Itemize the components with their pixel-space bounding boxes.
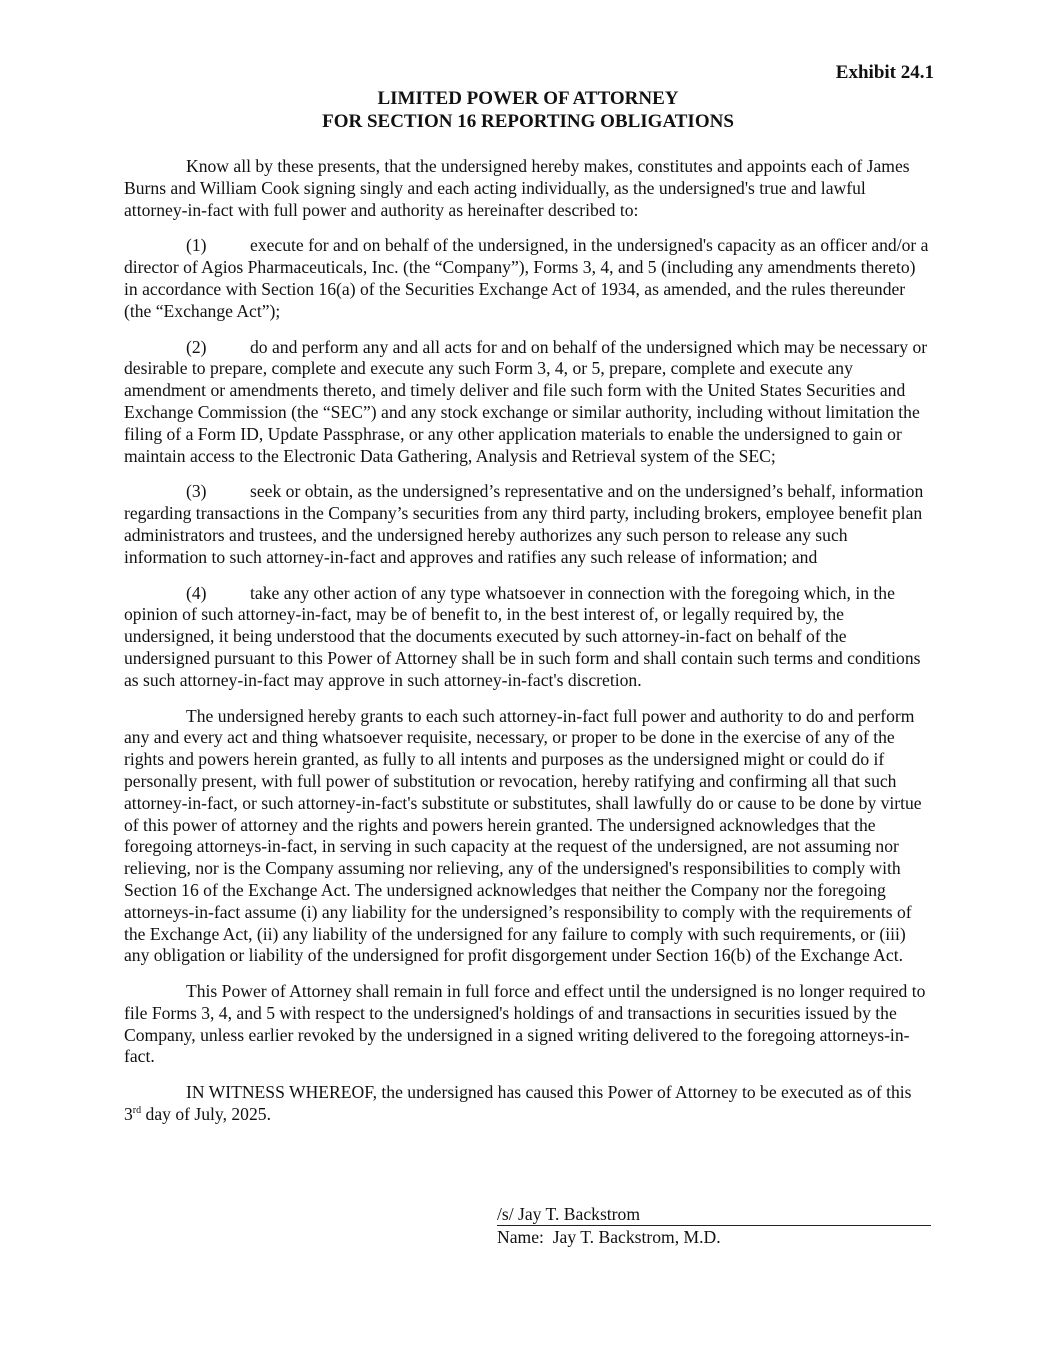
- list-item-3: (3)seek or obtain, as the undersigned’s …: [124, 481, 932, 568]
- list-item-1: (1)execute for and on behalf of the unde…: [124, 235, 932, 322]
- document-title: LIMITED POWER OF ATTORNEY FOR SECTION 16…: [124, 87, 932, 133]
- signatory-name: Name: Jay T. Backstrom, M.D.: [497, 1227, 931, 1249]
- title-line-1: LIMITED POWER OF ATTORNEY: [124, 87, 932, 110]
- list-number: (2): [186, 337, 250, 359]
- grant-paragraph: The undersigned hereby grants to each su…: [124, 706, 932, 968]
- list-item-4: (4)take any other action of any type wha…: [124, 583, 932, 692]
- title-line-2: FOR SECTION 16 REPORTING OBLIGATIONS: [124, 110, 932, 133]
- document-page: Exhibit 24.1 LIMITED POWER OF ATTORNEY F…: [124, 62, 932, 1126]
- intro-paragraph: Know all by these presents, that the und…: [124, 156, 932, 221]
- witness-paragraph: IN WITNESS WHEREOF, the undersigned has …: [124, 1082, 932, 1126]
- signature-line: /s/ Jay T. Backstrom: [497, 1204, 931, 1226]
- list-number: (4): [186, 583, 250, 605]
- exhibit-number: Exhibit 24.1: [124, 62, 934, 84]
- witness-date: day of July, 2025.: [141, 1104, 271, 1124]
- list-number: (3): [186, 481, 250, 503]
- signature-block: /s/ Jay T. Backstrom Name: Jay T. Backst…: [497, 1204, 931, 1249]
- duration-paragraph: This Power of Attorney shall remain in f…: [124, 981, 932, 1068]
- ordinal-suffix: rd: [133, 1105, 141, 1116]
- name-label: Name:: [497, 1227, 544, 1247]
- list-number: (1): [186, 235, 250, 257]
- name-value: Jay T. Backstrom, M.D.: [553, 1227, 721, 1247]
- list-item-2: (2)do and perform any and all acts for a…: [124, 337, 932, 468]
